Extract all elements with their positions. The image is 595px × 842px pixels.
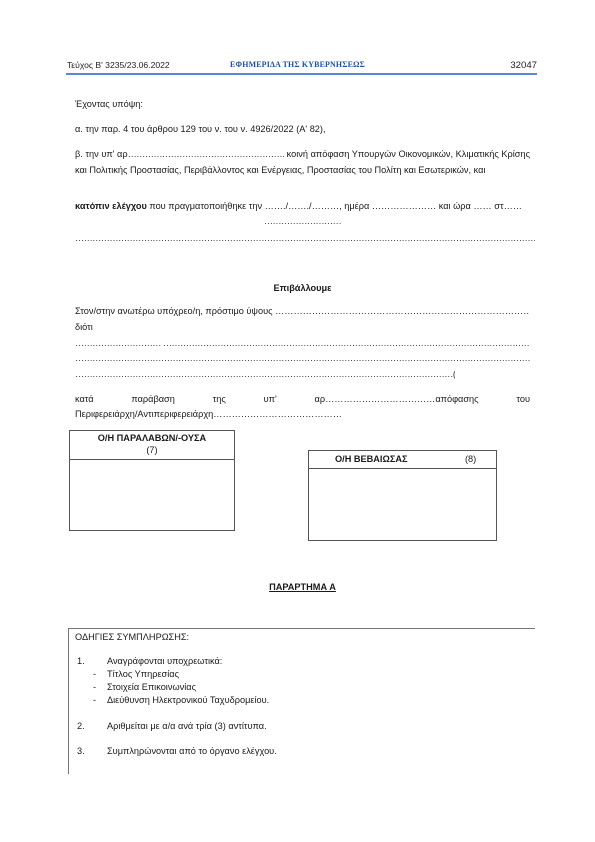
violation-word: αρ………………………………απόφασης [315,391,479,407]
item-b-blank: ………………………………………………. [128,149,285,159]
preamble-intro: Έχοντας υπόψη: [75,96,530,112]
recipient-box-header: Ο/Η ΠΑΡΑΛΑΒΩΝ/-ΟΥΣΑ (7) [70,431,234,460]
fine-amount-line: Στον/στην ανωτέρω υπόχρεο/η, πρόστιμο ύψ… [75,303,530,319]
regional-governor-line: Περιφερειάρχη/Αντιπεριφερειάρχη………………………… [75,406,530,422]
instruction-number: 3. [77,746,85,756]
inspection-note-5: …………………………………………………………………………………………………………… [75,230,535,246]
violation-word: παράβαση [131,391,174,407]
subitem-text: Τίτλος Υπηρεσίας [107,669,179,679]
because-label: διότι [75,319,530,335]
bullet-dash: - [93,695,96,705]
inspection-details: που πραγματοποιήθηκε την ……./……./………, ημ… [147,201,522,211]
certifier-signature-box[interactable]: Ο/Η ΒΕΒΑΙΩΣΑΣ (8) [308,450,497,541]
instruction-text: Αριθμείται με α/α ανά τρία (3) αντίτυπα. [107,721,267,731]
inspection-place-blank: ……………………… [75,213,530,229]
violation-word: υπ' [264,391,277,407]
certifier-title: Ο/Η ΒΕΒΑΙΩΣΑΣ [335,451,408,468]
subitem-text: Διεύθυνση Ηλεκτρονικού Ταχυδρομείου. [107,695,269,705]
page-number: 32047 [510,60,537,71]
preamble-item-b: β. την υπ' αρ………………………………………………. κοινή α… [75,146,530,178]
recipient-signature-box[interactable]: Ο/Η ΠΑΡΑΛΑΒΩΝ/-ΟΥΣΑ (7) [69,430,235,531]
gazette-title: ΕΦΗΜΕΡΙΔΑ ΤΗΣ ΚΥΒΕΡΝΗΣΕΩΣ [24,59,571,69]
instruction-text: Συμπληρώνονται από το όργανο ελέγχου. [107,746,277,756]
bullet-dash: - [93,669,96,679]
recipient-note: (7) [70,444,234,456]
certifier-note: (8) [465,451,476,468]
decision-heading: Επιβάλλουμε [75,280,530,296]
instruction-text: Αναγράφονται υποχρεωτικά: [107,656,222,666]
preamble-item-a: α. την παρ. 4 του άρθρου 129 του ν. του … [75,121,530,137]
violation-word: της [213,391,226,407]
reason-line-3-note-6: …………………………………………………………………………………………………………… [75,366,455,382]
violation-word: του [516,391,530,407]
inspection-line: κατόπιν ελέγχου που πραγματοποιήθηκε την… [75,198,530,214]
bullet-dash: - [93,682,96,692]
item-b-start: β. την υπ' αρ [75,149,128,159]
subitem-text: Στοιχεία Επικοινωνίας [107,682,196,692]
certifier-box-header: Ο/Η ΒΕΒΑΙΩΣΑΣ (8) [309,451,496,469]
reason-line-2: …………………………………………………………………………………………………………… [75,350,530,366]
annex-title: ΠΑΡΑΡΤΗΜΑ Α [75,579,530,595]
header-rule [66,73,537,75]
reason-line-1: ………………………… ……………………………………………………………………………… [75,335,530,351]
recipient-title: Ο/Η ΠΑΡΑΛΑΒΩΝ/-ΟΥΣΑ [70,432,234,444]
violation-word: κατά [75,391,94,407]
instruction-number: 2. [77,721,85,731]
violation-line: κατά παράβαση της υπ' αρ………………………………απόφ… [75,391,530,407]
instructions-title: ΟΔΗΓΙΕΣ ΣΥΜΠΛΗΡΩΣΗΣ: [75,632,189,642]
inspection-label: κατόπιν ελέγχου [75,201,147,211]
instruction-number: 1. [77,656,85,666]
